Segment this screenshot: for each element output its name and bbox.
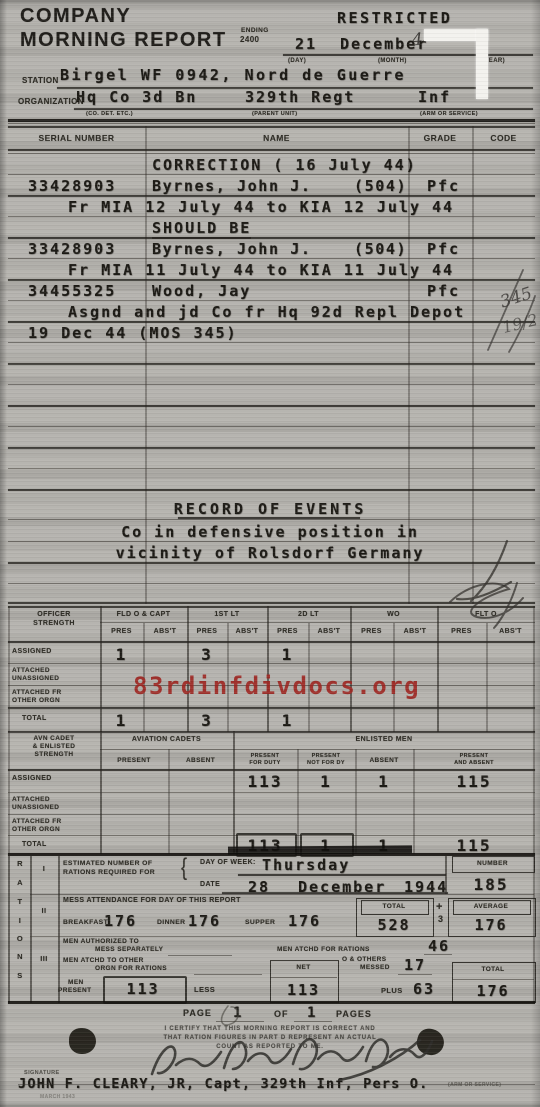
enlisted-grid-line	[168, 749, 170, 854]
signed-name-typed: JOHN F. CLEARY, JR, Capt, 329th Inf, Per…	[18, 1076, 428, 1092]
station-value: Birgel WF 0942, Nord de Guerre	[60, 66, 406, 84]
roster-serial: 34455325	[28, 282, 116, 300]
rations-roman-ii: II	[34, 906, 54, 915]
average-label: AVERAGE	[453, 903, 529, 910]
rations-roman-iii: III	[34, 954, 54, 963]
col-header-grade: GRADE	[408, 133, 472, 143]
officer-assigned-fldo: 1	[100, 645, 143, 664]
men-present-label: MEN	[68, 979, 84, 986]
officer-row-label: UNASSIGNED	[12, 675, 59, 682]
officer-group-header: 1ST LT	[187, 611, 267, 618]
pa-header: PRESENT	[413, 753, 535, 759]
roster-name: Wood, Jay	[152, 282, 251, 300]
roster-remark: Asgnd and jd Co fr Hq 92d Repl Depot	[68, 303, 465, 321]
subheader-rule	[8, 769, 535, 771]
row-rule	[8, 258, 535, 259]
rations-grid-line	[30, 856, 32, 1003]
organization-arm: Inf	[418, 88, 451, 106]
handwritten-checkmark	[457, 541, 511, 601]
page-underline	[216, 1021, 264, 1022]
row-rule	[8, 541, 535, 542]
col-header-code: CODE	[472, 133, 535, 143]
enlisted-row-label: ASSIGNED	[12, 775, 52, 782]
others-messed-label: O & OTHERS	[342, 956, 386, 963]
rations-bottom-rule	[8, 1001, 535, 1004]
organization-label: ORGANIZATION	[18, 97, 84, 106]
unit-sublabel: (CO. DET. ETC.)	[86, 111, 133, 117]
supper-value: 176	[288, 912, 321, 930]
rations-side-letter: T	[13, 897, 27, 906]
breakfast-label: BREAKFAST	[63, 919, 108, 926]
page-number: 1	[233, 1005, 243, 1021]
of-label: OF	[274, 1009, 289, 1019]
officer-total-2dlt: 1	[267, 711, 308, 730]
enlisted-grid-line	[533, 731, 535, 854]
enlisted-assigned-absent: 1	[355, 772, 413, 791]
row-rule	[8, 174, 535, 175]
number-cell-line	[445, 856, 447, 894]
officer-grid-line	[267, 606, 269, 732]
estimated-rations-label: RATIONS REQUIRED FOR	[63, 869, 155, 876]
row-rule	[8, 562, 535, 564]
officer-assigned-2dlt: 1	[267, 645, 308, 664]
classification-stamp: RESTRICTED	[337, 9, 452, 27]
form-title-line2: MORNING REPORT	[20, 29, 227, 52]
officer-assigned-1stlt: 3	[187, 645, 227, 664]
pres-subheader: PRES	[100, 628, 143, 635]
roster-serial: 33428903	[28, 177, 116, 195]
header-separator-2	[8, 123, 535, 124]
row-rule	[8, 663, 535, 664]
men-atchd-for-rations-label: MEN ATCHD FOR RATIONS	[277, 946, 370, 953]
officer-group-header: FLT O	[437, 611, 535, 618]
brace-glyph: {	[181, 854, 187, 882]
divide-by-three: 3	[438, 914, 443, 924]
officer-corner-label: STRENGTH	[8, 620, 100, 627]
enlisted-grid-line	[297, 749, 299, 854]
scan-artifact-white	[476, 29, 488, 99]
plus-value: 63	[413, 980, 435, 998]
row-rule	[8, 447, 535, 449]
roster-grade: Pfc	[427, 282, 460, 300]
rations-side-letter: A	[13, 878, 27, 887]
abst-subheader: ABS'T	[143, 628, 187, 635]
number-label: NUMBER	[452, 860, 533, 867]
grand-total-divider	[452, 979, 534, 980]
roster-header-rule-2	[8, 153, 535, 154]
officer-total-1stlt: 3	[187, 711, 227, 730]
row-rule	[8, 814, 535, 815]
enlisted-row-label: ATTACHED	[12, 796, 50, 803]
officer-corner-label: OFFICER	[8, 611, 100, 618]
net-box-divider	[270, 977, 337, 978]
others-messed-value: 17	[404, 956, 426, 974]
col-header-name: NAME	[145, 133, 408, 143]
roster-header-rule	[8, 149, 535, 151]
date-year-value: 4	[411, 30, 423, 51]
abst-subheader: ABS'T	[486, 628, 535, 635]
pnfd-header: NOT FOR DY	[297, 760, 355, 766]
form-edition-text: MARCH 1943	[40, 1094, 75, 1100]
enlisted-assigned-pfd: 113	[233, 772, 297, 791]
officer-row-label: TOTAL	[22, 715, 47, 722]
enlisted-row-label: TOTAL	[22, 841, 47, 848]
date-underline	[283, 54, 533, 56]
rations-side-letter: O	[13, 934, 27, 943]
row-rule	[8, 300, 535, 301]
station-label: STATION	[22, 76, 59, 85]
men-atchd-other-label: MEN ATCHD TO OTHER	[63, 957, 144, 964]
blank-underline	[168, 955, 232, 956]
breakfast-value: 176	[104, 912, 137, 930]
pres-subheader: PRES	[350, 628, 393, 635]
total-meals-value: 528	[356, 916, 432, 934]
value-underline	[398, 974, 432, 975]
officer-group-header: FLD O & CAPT	[100, 611, 187, 618]
row-rule	[8, 384, 535, 385]
roster-grade: Pfc	[427, 240, 460, 258]
ending-time: 2400	[240, 35, 259, 44]
officer-total-fldo: 1	[100, 711, 143, 730]
less-label: LESS	[194, 985, 215, 994]
men-present-value: 113	[103, 980, 183, 998]
rations-side-letter: I	[13, 916, 27, 925]
estimated-rations-label: ESTIMATED NUMBER OF	[63, 860, 152, 867]
organization-unit: Hq Co 3d Bn	[76, 88, 197, 106]
row-rule	[8, 489, 535, 491]
record-of-events-title: RECORD OF EVENTS	[140, 500, 400, 518]
roster-shouldbe-heading: SHOULD BE	[152, 219, 251, 239]
officer-grid-line	[100, 606, 102, 732]
form-title-line1: COMPANY	[20, 5, 131, 28]
men-authorized-label: MEN AUTHORIZED TO	[63, 938, 139, 945]
roster-name: Byrnes, John J. (504)	[152, 177, 407, 195]
enlisted-grid-line	[100, 731, 102, 854]
rations-row-divider	[30, 894, 534, 895]
roster-remark: 19 Dec 44 (MOS 345)	[28, 324, 238, 342]
officer-grid-line	[187, 606, 189, 732]
website-watermark: 83rdinfdivdocs.org	[133, 672, 420, 700]
row-rule	[8, 342, 535, 343]
row-rule	[8, 237, 535, 239]
enlisted-corner-label: AVN CADET	[8, 735, 100, 742]
certification-text: THAT RATION FIGURES IN PART D REPRESENT …	[90, 1035, 450, 1041]
pnfd-header: PRESENT	[297, 753, 355, 759]
subheader-rule	[8, 641, 535, 643]
rations-side-letter: R	[13, 859, 27, 868]
day-sublabel: (DAY)	[288, 58, 306, 64]
row-rule	[8, 707, 535, 709]
officer-grid-line	[533, 606, 535, 732]
number-value: 185	[448, 875, 534, 894]
row-rule	[8, 519, 535, 520]
officer-table-top	[8, 606, 535, 608]
enlisted-group-header: ENLISTED MEN	[233, 736, 535, 743]
roster-serial: 33428903	[28, 240, 116, 258]
record-line: Co in defensive position in	[110, 523, 430, 541]
divide-plus-sign: +	[436, 901, 443, 913]
row-rule	[8, 195, 535, 197]
officer-row-label: OTHER ORGN	[12, 697, 60, 704]
row-rule	[8, 583, 535, 584]
value-underline	[424, 954, 452, 955]
orgn-for-rations-label: ORGN FOR RATIONS	[95, 965, 167, 972]
others-messed-label: MESSED	[360, 964, 390, 971]
average-value: 176	[448, 916, 534, 934]
organization-underline	[74, 108, 533, 110]
roster-remark: Fr MIA 11 July 44 to KIA 11 July 44	[68, 261, 454, 279]
certification-text: COUNT AS REPORTED TO ME.	[90, 1044, 450, 1050]
net-label: NET	[270, 964, 337, 971]
record-line: vicinity of Rolsdorf Germany	[110, 544, 430, 562]
roster-grade: Pfc	[427, 177, 460, 195]
day-of-week-label: DAY OF WEEK:	[200, 859, 256, 866]
net-value: 113	[270, 981, 337, 999]
rations-grid-line	[8, 856, 10, 1003]
row-rule	[8, 468, 535, 469]
pres-subheader: PRES	[267, 628, 308, 635]
enlisted-corner-label: STRENGTH	[8, 751, 100, 758]
header-separator	[8, 119, 535, 122]
row-rule	[8, 792, 535, 793]
total-meals-label: TOTAL	[361, 903, 427, 910]
men-atchd-for-rations-value: 46	[428, 937, 450, 955]
title-underline	[178, 517, 360, 519]
supper-label: SUPPER	[245, 919, 275, 926]
enlisted-table-top	[8, 731, 535, 733]
group-header-rule	[100, 749, 535, 750]
pfd-header: PRESENT	[233, 753, 297, 759]
rations-grid-line	[58, 856, 60, 1003]
abst-subheader: ABS'T	[227, 628, 267, 635]
enlisted-grid-line	[8, 731, 10, 854]
abst-subheader: ABS'T	[393, 628, 437, 635]
month-sublabel: (MONTH)	[378, 58, 407, 64]
plus-label: PLUS	[381, 986, 403, 995]
row-rule	[8, 363, 535, 365]
parent-sublabel: (PARENT UNIT)	[252, 111, 297, 117]
certification-text: I CERTIFY THAT THIS MORNING REPORT IS CO…	[90, 1026, 450, 1032]
roster-top-rule	[8, 126, 535, 128]
officer-group-header: 2D LT	[267, 611, 350, 618]
enlisted-grid-line	[355, 749, 357, 854]
pages-underline	[294, 1021, 332, 1022]
row-rule	[8, 405, 535, 407]
blank-underline	[194, 974, 262, 975]
row-rule	[8, 602, 535, 604]
date-underline-2	[222, 892, 448, 894]
cadets-group-header: AVIATION CADETS	[100, 736, 233, 743]
rations-roman-i: I	[34, 864, 54, 873]
code-column-line	[472, 126, 474, 604]
pages-number: 1	[307, 1005, 317, 1021]
enlisted-row-label: ATTACHED FR	[12, 818, 62, 825]
handwritten-annotation: 345	[498, 283, 535, 312]
col-header-serial: SERIAL NUMBER	[8, 133, 145, 143]
row-rule	[8, 426, 535, 427]
officer-group-header: WO	[350, 611, 437, 618]
row-rule	[8, 216, 535, 217]
pfd-header: FOR DUTY	[233, 760, 297, 766]
day-of-week-value: Thursday	[262, 856, 350, 874]
officer-grid-line	[8, 606, 10, 732]
mess-attendance-label: MESS ATTENDANCE FOR DAY OF THIS REPORT	[63, 897, 241, 904]
arm-service-sublabel: (ARM OR SERVICE)	[448, 1082, 501, 1088]
pres-subheader: PRES	[187, 628, 227, 635]
enlisted-assigned-pnfd: 1	[297, 772, 355, 791]
arm-sublabel: (ARM OR SERVICE)	[420, 111, 478, 117]
officer-grid-line	[437, 606, 439, 732]
enlisted-assigned-pa: 115	[413, 772, 535, 791]
row-rule	[8, 279, 535, 281]
cadets-present-header: PRESENT	[100, 757, 168, 764]
organization-parent: 329th Regt	[245, 88, 355, 106]
enlisted-grid-line	[413, 749, 415, 854]
pres-subheader: PRES	[437, 628, 486, 635]
officer-row-label: ATTACHED	[12, 667, 50, 674]
row-rule	[8, 321, 535, 323]
cadets-absent-header: ABSENT	[168, 757, 233, 764]
rations-side-letter: S	[13, 971, 27, 980]
roster-remark: Fr MIA 12 July 44 to KIA 12 July 44	[68, 198, 454, 216]
enlisted-row-label: UNASSIGNED	[12, 804, 59, 811]
morning-report-scan: COMPANY MORNING REPORT RESTRICTED ENDING…	[0, 0, 540, 1107]
enlisted-corner-label: & ENLISTED	[8, 743, 100, 750]
grand-total-value: 176	[452, 982, 534, 1000]
dow-underline	[238, 874, 446, 876]
absent-header: ABSENT	[355, 757, 413, 764]
group-header-rule	[100, 622, 535, 623]
ending-label: ENDING	[241, 27, 269, 34]
officer-grid-line	[486, 623, 488, 732]
handwritten-annotation: 19/2	[500, 310, 539, 337]
mess-separately-label: MESS SEPARATELY	[95, 946, 163, 953]
pages-label: PAGES	[336, 1009, 372, 1019]
dinner-value: 176	[188, 912, 221, 930]
date-day-value: 21	[295, 35, 317, 53]
grand-total-label: TOTAL	[452, 966, 534, 973]
page-label: PAGE	[183, 1008, 212, 1018]
officer-row-label: ASSIGNED	[12, 648, 52, 655]
rations-date-label: DATE	[200, 881, 220, 888]
rations-side-letter: N	[13, 952, 27, 961]
punch-hole	[69, 1028, 96, 1054]
roster-name: Byrnes, John J. (504)	[152, 240, 407, 258]
dinner-label: DINNER	[157, 919, 185, 926]
enlisted-grid-line	[233, 731, 235, 854]
officer-row-label: ATTACHED FR	[12, 689, 62, 696]
roster-correction-heading: CORRECTION ( 16 July 44)	[152, 156, 417, 174]
abst-subheader: ABS'T	[308, 628, 350, 635]
ink-smudge-bar	[228, 845, 412, 854]
pa-header: AND ABSENT	[413, 760, 535, 766]
men-present-label: PRESENT	[58, 987, 92, 994]
officer-grid-line	[350, 606, 352, 732]
enlisted-row-label: OTHER ORGN	[12, 826, 60, 833]
